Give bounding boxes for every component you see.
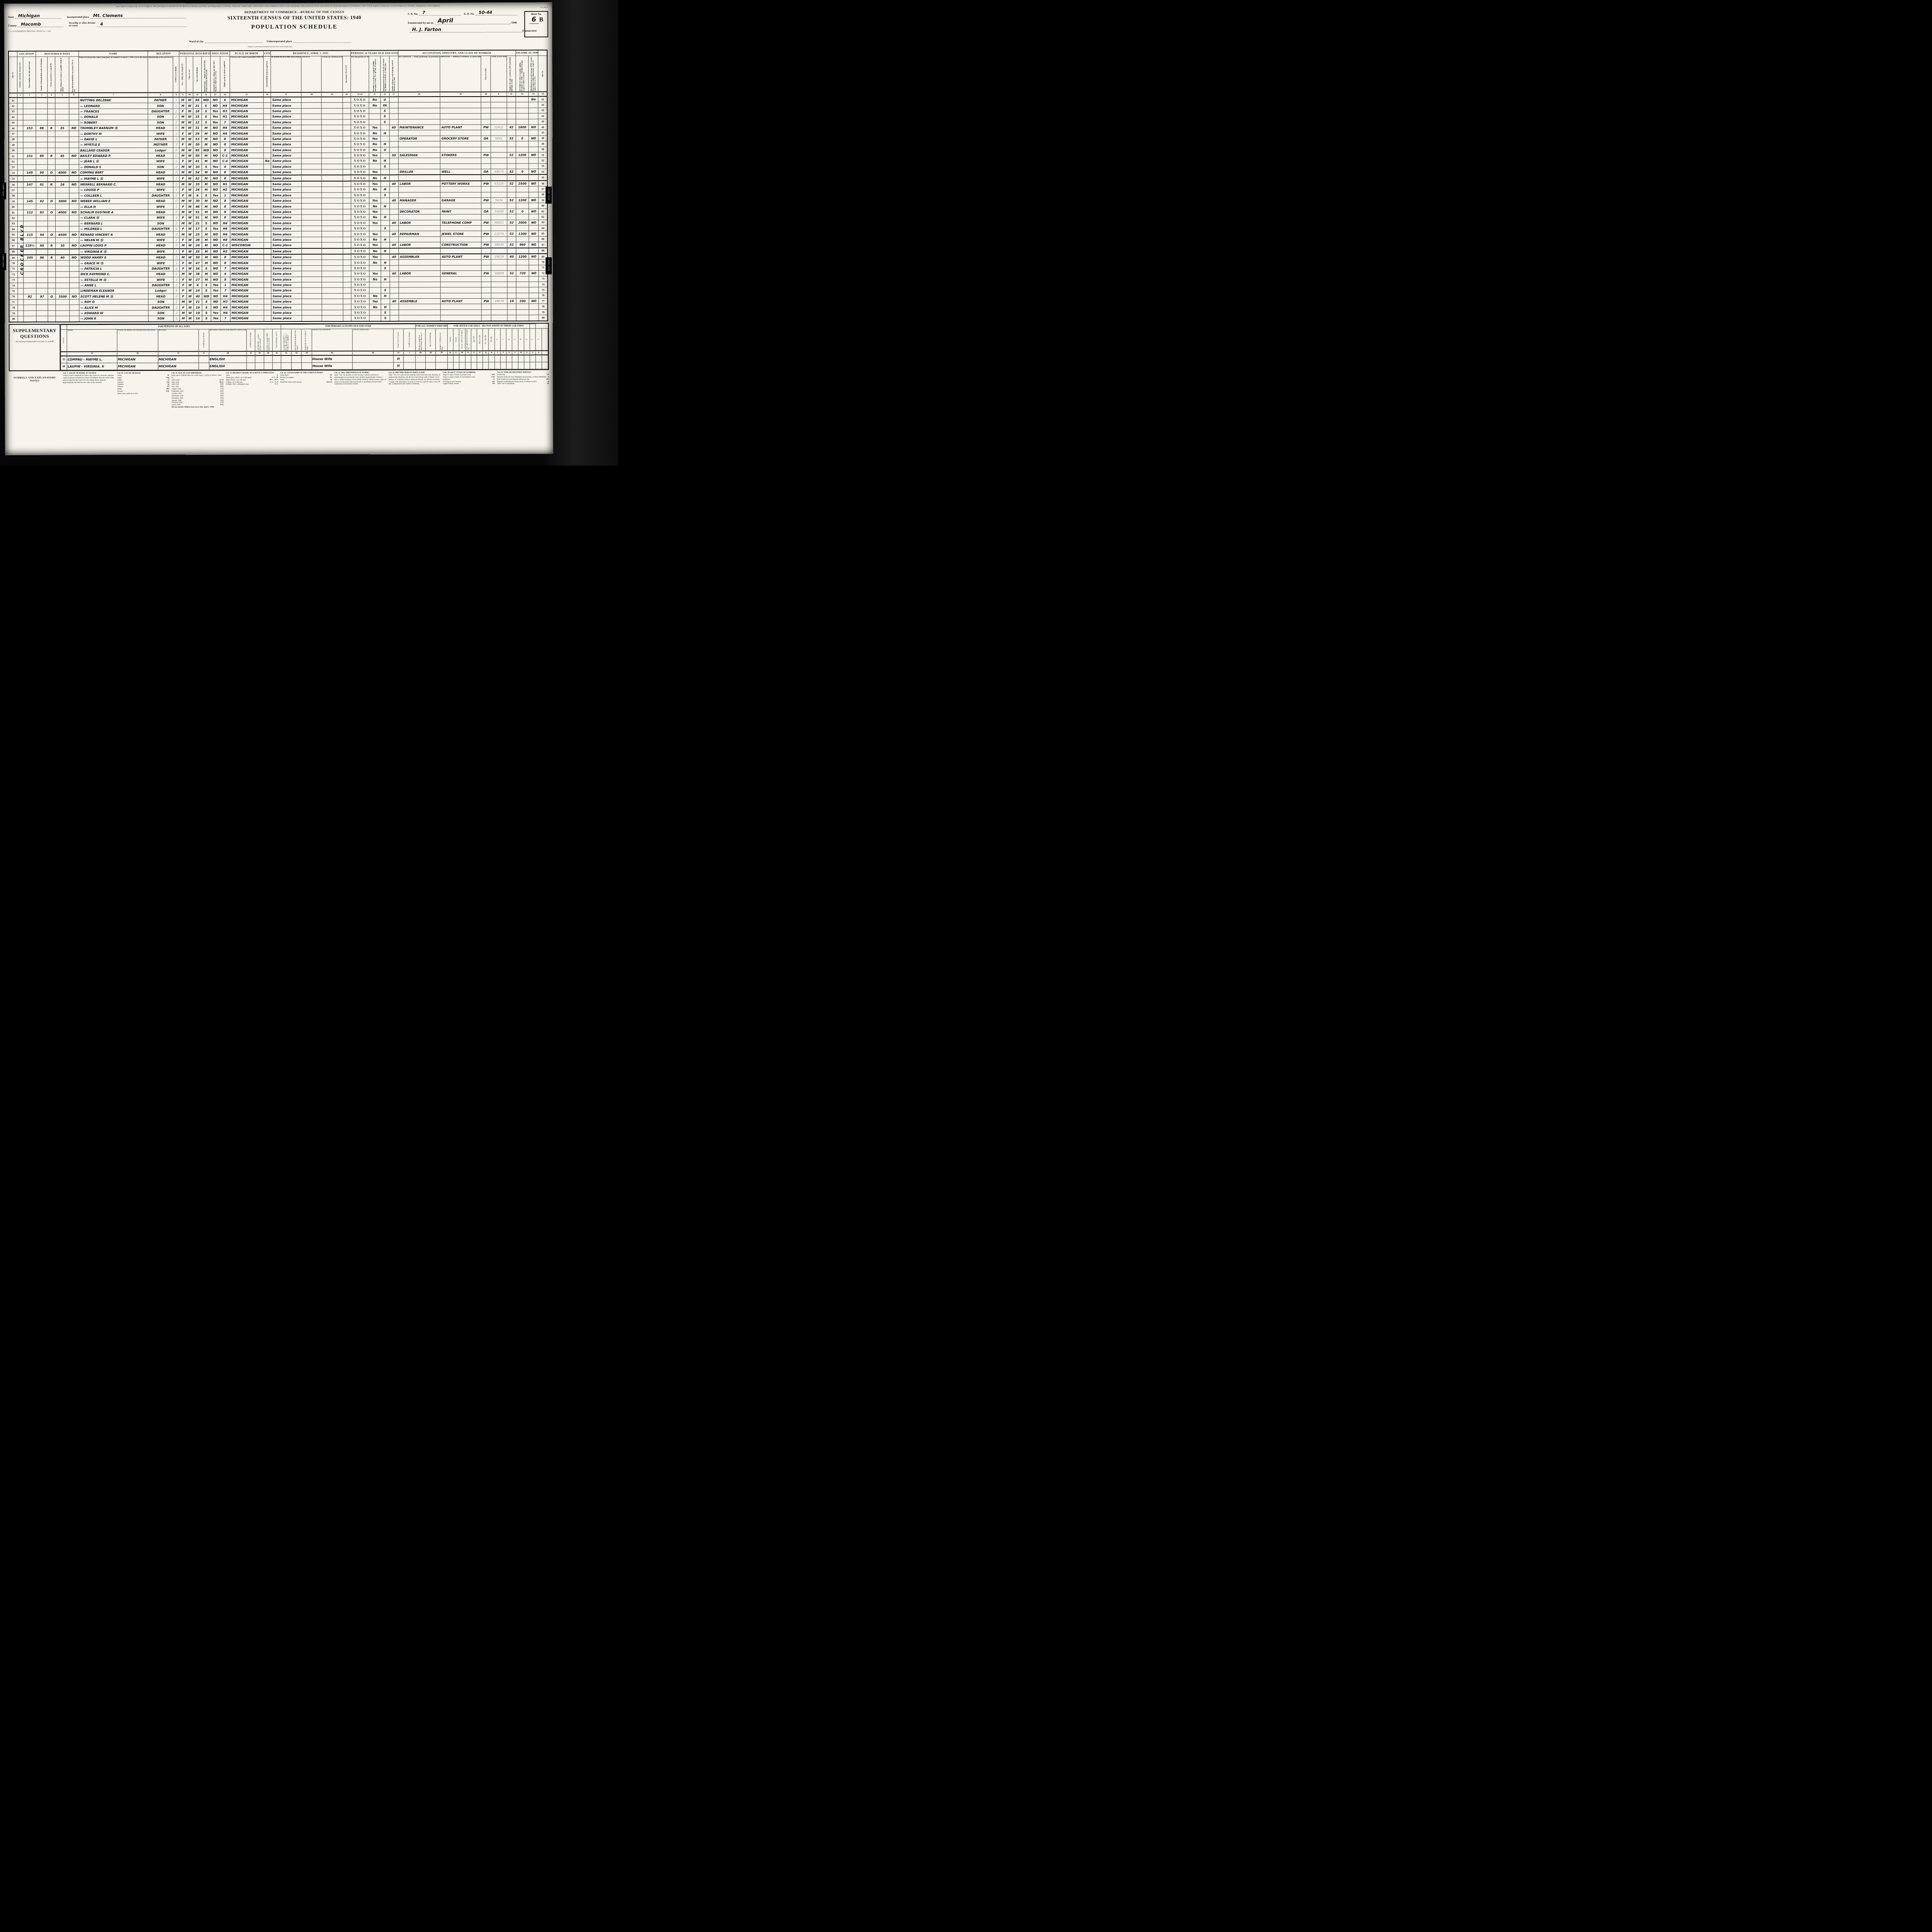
cell-inc xyxy=(529,130,538,135)
cell-wks xyxy=(507,147,516,152)
cell-ct xyxy=(264,310,271,315)
cell-cnty xyxy=(302,226,322,231)
cell-cl: W xyxy=(187,299,194,304)
cell-wk: No xyxy=(369,214,381,220)
cell-val: 4000 xyxy=(56,170,69,176)
cell-ct xyxy=(264,147,271,153)
cell-gr: 8 xyxy=(220,198,230,204)
cell-fm xyxy=(70,299,79,305)
cell-ln2: 63 xyxy=(539,220,548,225)
cell-ms: WD xyxy=(202,97,211,103)
cell-rc: 2 xyxy=(173,103,180,108)
supp-desc-s43: Were deductions made from wages? xyxy=(291,329,302,351)
cell-cod: 98855 xyxy=(491,220,507,225)
cell-wks: 19 xyxy=(507,298,516,304)
cell-hh: 89 xyxy=(36,153,47,159)
cell-ct xyxy=(264,198,271,204)
supp-cell-k xyxy=(447,355,453,362)
cell-res: Same place xyxy=(271,158,301,164)
cell-cnty xyxy=(301,158,321,164)
supp-group-header: FOR OFFICE USE ONLY—DO NOT WRITE IN THES… xyxy=(447,324,530,328)
uninc-note: (Name of unincorporated place having 100… xyxy=(189,46,351,48)
cell-hr: 40 xyxy=(389,231,398,236)
cell-ind xyxy=(440,304,481,310)
cell-fm: NO xyxy=(69,153,79,158)
cell-ln2: 80 xyxy=(539,315,548,321)
cell-cls: PW xyxy=(481,298,491,304)
cell-ct xyxy=(264,260,271,265)
cell-sc: NO xyxy=(211,204,220,209)
cell-cl: W xyxy=(187,277,194,282)
cell-wag: 960 xyxy=(516,242,529,248)
cell-emp: XOXO xyxy=(351,271,369,276)
cell-hn xyxy=(23,221,36,226)
cell-name: — LEONARD xyxy=(79,103,148,109)
cell-cl: W xyxy=(187,226,194,231)
cell-hr xyxy=(389,147,398,152)
supp-cell-l xyxy=(453,362,459,369)
cell-ms: M xyxy=(202,209,211,215)
enum-year: , 1940. xyxy=(510,21,517,24)
cell-name: LAUPIN LOUIS P xyxy=(79,243,148,248)
cell-bp: MICHIGAN xyxy=(230,142,264,148)
cell-ag: 14 xyxy=(194,316,202,321)
supp-number-s44: 44 xyxy=(301,351,311,355)
cell-ln2: 75 xyxy=(539,287,548,293)
cell-emp: XOXO xyxy=(351,175,369,181)
supp-number-k: K xyxy=(447,351,453,355)
cell-gr: C-4 xyxy=(220,158,230,164)
cell-fm2 xyxy=(343,287,351,293)
cell-wks xyxy=(507,130,516,136)
cell-sx: M xyxy=(180,153,187,158)
cell-rc: 1 xyxy=(173,131,180,136)
cell-cnty xyxy=(302,220,322,226)
cell-val: 26 xyxy=(56,182,69,187)
cell-st xyxy=(322,265,343,271)
cell-cls xyxy=(481,158,491,163)
cell-wks xyxy=(507,141,516,146)
cell-street xyxy=(18,277,24,282)
cell-or xyxy=(48,131,56,136)
cell-inc xyxy=(529,147,538,152)
cell-inc: NO xyxy=(529,136,538,141)
cell-rc: 1 xyxy=(173,175,180,181)
cell-ot: H xyxy=(381,293,390,299)
cell-cnty xyxy=(302,315,322,321)
cell-cod xyxy=(491,163,507,169)
cell-wks xyxy=(507,310,516,315)
cell-cnty xyxy=(302,299,322,304)
state-label: State xyxy=(8,15,14,19)
cell-hr xyxy=(389,203,398,209)
cell-hh xyxy=(36,97,47,103)
cell-fm2 xyxy=(343,231,351,236)
supplementary-table: FOR PERSONS OF ALL AGESFOR PERSONS 14 YE… xyxy=(61,323,548,370)
cell-hh xyxy=(36,260,48,266)
cell-or xyxy=(48,249,56,255)
cell-hh xyxy=(36,103,47,109)
cell-cl: W xyxy=(187,260,194,265)
cell-wks xyxy=(507,265,516,270)
cell-rc: 0 xyxy=(173,271,180,277)
cell-fm2 xyxy=(343,237,351,242)
cell-fm2 xyxy=(343,187,351,192)
cell-ln: 68 xyxy=(9,249,18,255)
cell-cls xyxy=(481,114,491,119)
cell-wag: 200 xyxy=(516,298,529,304)
cell-ag: 35 xyxy=(193,181,202,187)
col-desc-st: STATE (or Territory or foreign country) xyxy=(321,56,342,92)
cell-rc: 0 xyxy=(173,243,180,248)
cell-ct xyxy=(264,220,271,226)
cell-inc: NO xyxy=(529,254,539,260)
cell-sx: M xyxy=(180,181,187,187)
col-desc-res: IN WHAT PLACE DID THIS PERSON LIVE ON AP… xyxy=(271,56,301,92)
col-number-hr: 27 xyxy=(389,92,398,97)
cell-inc xyxy=(529,175,539,180)
cell-cnty xyxy=(302,214,322,220)
cell-cls: PW xyxy=(481,270,491,276)
cell-ind xyxy=(440,265,481,271)
cell-or xyxy=(48,193,56,198)
cell-ln2: 47 xyxy=(538,130,547,135)
cell-ln: 48 xyxy=(9,137,17,142)
cell-val xyxy=(56,316,69,322)
cell-sc: Yes xyxy=(211,114,220,119)
cell-ot: H xyxy=(381,130,389,136)
cell-hh xyxy=(36,148,47,153)
cell-inc xyxy=(529,287,539,293)
cell-occ xyxy=(398,282,440,288)
cell-res: Same place xyxy=(271,136,301,142)
supp-cell-w xyxy=(518,355,524,362)
cell-ms: M xyxy=(202,243,211,248)
cell-inc: NO xyxy=(529,169,538,175)
cell-res: Same place xyxy=(271,169,301,175)
cell-rc: 0 xyxy=(173,181,180,187)
cell-ot xyxy=(381,271,389,276)
cell-fm2 xyxy=(343,175,351,181)
cell-wks xyxy=(507,282,516,287)
cell-ag: 10 xyxy=(193,164,202,170)
cell-ct xyxy=(264,204,271,209)
cell-cnty xyxy=(302,242,322,248)
cell-occ xyxy=(398,260,440,265)
group-header: CITIZENSHIP xyxy=(264,51,271,56)
col-number-val: 5 xyxy=(55,93,69,97)
cell-ct xyxy=(264,316,271,321)
supp-number-fa: 36 xyxy=(117,351,158,355)
cell-val xyxy=(56,283,69,288)
cell-sc: Yes xyxy=(211,288,221,293)
cell-hh: 93 xyxy=(36,210,48,215)
supp-number-p: P xyxy=(477,351,483,355)
supp-cell-s42 xyxy=(281,362,291,369)
cell-occ xyxy=(398,287,440,293)
cell-or xyxy=(48,136,56,142)
cell-ct xyxy=(264,215,271,220)
cell-wks xyxy=(507,119,516,124)
cell-cl: W xyxy=(186,187,193,192)
cell-rc: 1 xyxy=(173,187,180,192)
cell-emp: XOXO xyxy=(351,242,369,248)
cell-res: Same place xyxy=(271,288,302,294)
cell-fm2 xyxy=(343,125,351,130)
supp-cell-s42 xyxy=(281,355,291,363)
cell-street xyxy=(18,187,24,193)
cell-hr xyxy=(389,97,398,102)
cell-wag xyxy=(516,158,529,163)
cell-ot xyxy=(381,220,389,225)
cell-emp: XOXO xyxy=(351,136,369,141)
cell-rc: 0 xyxy=(173,294,180,299)
cell-hh xyxy=(36,299,48,305)
col-desc-hn: House number (in cities and towns) xyxy=(23,57,36,93)
cell-hn xyxy=(24,277,36,282)
cell-cl: W xyxy=(187,288,194,293)
cell-ct: Na xyxy=(264,158,271,164)
cell-sx: M xyxy=(180,310,187,316)
cell-or: O xyxy=(48,170,56,176)
cell-hr xyxy=(389,237,398,242)
cell-inc xyxy=(529,203,539,209)
cell-res: Same place xyxy=(271,231,302,237)
cell-cod xyxy=(491,214,507,219)
cell-sx: F xyxy=(180,277,187,282)
note-title: Col. 14. HIGHEST GRADE OF SCHOOL COMPLET… xyxy=(226,372,277,375)
cell-sx: F xyxy=(180,226,187,231)
cell-ct xyxy=(264,277,271,282)
cell-ln: 42 xyxy=(9,103,17,109)
cell-ind xyxy=(440,192,481,198)
cell-st xyxy=(322,271,343,277)
supp-cell-u xyxy=(506,355,512,362)
ed-label: E. D. No. xyxy=(464,12,474,15)
cell-wk: Yes xyxy=(369,254,381,260)
cell-sc: NO xyxy=(211,248,220,254)
cell-wag xyxy=(516,214,529,219)
cell-occ xyxy=(398,102,440,108)
supp-desc-q: Gr. com. (B) xyxy=(483,328,488,351)
cell-rc: 0 xyxy=(173,170,180,175)
cell-ot: H xyxy=(381,237,389,242)
cell-bp: MICHIGAN xyxy=(230,108,264,114)
cell-fm xyxy=(69,249,79,255)
cell-fm2 xyxy=(343,277,351,282)
cell-or xyxy=(47,109,55,114)
cell-cl: W xyxy=(186,136,193,142)
cell-hr: 40 xyxy=(389,242,398,248)
cell-rc: 0 xyxy=(173,209,180,215)
cell-name: NUTTING DELZENE xyxy=(79,97,148,103)
cell-emp: XOXO xyxy=(351,169,369,175)
cell-gr: 1 xyxy=(220,192,230,198)
cell-rc: 1 xyxy=(173,248,180,254)
cell-rc: 2 xyxy=(173,266,180,271)
cell-or xyxy=(48,288,56,294)
cell-st xyxy=(322,277,343,282)
cell-sx: M xyxy=(180,316,187,321)
cell-ct xyxy=(264,248,271,254)
cell-ot xyxy=(381,136,389,141)
cell-hn xyxy=(23,165,36,170)
cell-hr: 40 xyxy=(389,271,398,276)
col-desc-cl: Color or race xyxy=(186,56,193,93)
cell-wag xyxy=(516,304,529,310)
cell-cnty xyxy=(301,114,321,119)
schedule-title: POPULATION SCHEDULE xyxy=(192,24,397,31)
cell-gr: 8 xyxy=(220,204,230,209)
supp-desc-z: Z xyxy=(536,328,541,351)
group-header: PERSONAL DESCRIPTION xyxy=(179,51,210,56)
cell-or xyxy=(48,237,56,243)
cell-occ xyxy=(398,276,440,282)
cell-ag: 41 xyxy=(193,158,202,164)
cell-hn xyxy=(24,266,36,272)
cell-name: — HELEN M Ⓡ xyxy=(79,237,148,243)
cell-wag: 720 xyxy=(516,270,529,276)
cell-hr xyxy=(389,209,398,214)
cell-sx: M xyxy=(180,209,187,215)
cell-bp: MICHIGAN xyxy=(230,271,264,277)
cell-st xyxy=(322,220,343,226)
supp-desc-t: T xyxy=(500,328,506,351)
cell-cl: W xyxy=(186,97,193,103)
cell-hh xyxy=(36,159,47,164)
cell-cnty xyxy=(301,103,321,108)
cell-or: R xyxy=(48,182,56,187)
cell-fm xyxy=(70,260,79,266)
cell-st xyxy=(322,164,343,170)
supp-number-h: H xyxy=(247,351,255,355)
cell-ot: H xyxy=(381,175,389,181)
cell-cls xyxy=(481,141,491,146)
cell-wk: Yes xyxy=(369,125,380,130)
cell-cls xyxy=(481,248,491,253)
cell-ind: POTTERY WORKS xyxy=(440,181,481,187)
cell-fm2 xyxy=(343,158,351,163)
cell-ct xyxy=(264,108,271,114)
cell-ot: S xyxy=(381,164,389,169)
cell-hn xyxy=(24,249,36,255)
cell-ln: 77 xyxy=(9,299,18,305)
cell-wks xyxy=(507,293,516,298)
cell-sx: M xyxy=(179,114,186,119)
cell-val xyxy=(55,148,69,153)
col-number-cnty: 18 xyxy=(301,92,321,97)
cell-rel: DAUGHTER xyxy=(148,193,173,199)
supp-number-v: V xyxy=(512,350,518,355)
supp-cell-x xyxy=(524,355,530,362)
cell-street xyxy=(18,294,24,299)
cell-ms: S xyxy=(202,282,211,288)
cell-res: Same place xyxy=(271,108,301,114)
cell-st xyxy=(321,103,342,109)
cell-ot: S xyxy=(381,192,389,198)
cell-rc: 2 xyxy=(173,114,180,119)
cell-sc: Yes xyxy=(211,282,221,288)
supp-cell-q xyxy=(483,362,488,369)
cell-name: — VIRGINIA K Ⓡ xyxy=(79,248,148,255)
cell-cl: W xyxy=(187,237,194,243)
cell-wag: 0 xyxy=(516,209,529,214)
cell-sc: Yes xyxy=(211,164,220,170)
col-number-hn: 2 xyxy=(23,93,36,97)
cell-ln2: 77 xyxy=(539,298,548,304)
gpo-line: U. S. GOVERNMENT PRINTING OFFICE 16—7936 xyxy=(8,31,186,33)
cell-wk: No xyxy=(369,175,381,181)
cell-ln: 43 xyxy=(9,109,17,114)
cell-fm: NO xyxy=(70,294,79,299)
cell-sc: NO xyxy=(211,277,220,282)
cell-gr: 8 xyxy=(220,142,230,147)
cell-ag: 14 xyxy=(194,288,202,293)
cell-name: — JOHN R xyxy=(79,316,148,321)
supp-number-nm: 35 xyxy=(67,352,117,356)
cell-ln: 50 xyxy=(9,148,18,153)
cell-fm2 xyxy=(343,226,351,231)
cell-wk: Yes xyxy=(369,209,381,214)
cell-ag: 26 xyxy=(193,187,202,192)
cell-occ: MAINTENANCE xyxy=(398,125,440,131)
supp-cell-nm: COMPAU - MAYME L. xyxy=(67,356,117,363)
col-desc-sx: Sex — Male (M), Female (F) xyxy=(179,56,186,93)
cell-fm xyxy=(69,164,79,170)
cell-fm xyxy=(69,187,79,193)
cell-wk xyxy=(369,114,380,119)
cell-ms: S xyxy=(202,310,211,316)
cell-fm xyxy=(69,221,79,226)
cell-inc xyxy=(529,304,539,310)
cell-ln2: 65 xyxy=(539,231,548,236)
cell-ln2: 64 xyxy=(539,225,548,231)
cell-occ: OPERATOR xyxy=(398,136,440,141)
supp-cell-z xyxy=(536,355,541,362)
cell-street xyxy=(18,311,24,316)
cell-inc xyxy=(529,192,539,197)
cell-cod: 34049 xyxy=(491,209,507,214)
supp-subtitle: For Persons Enumerated on Lines 55 and 6… xyxy=(10,340,60,343)
cell-emp: XOXO xyxy=(350,108,369,114)
cell-rc: 1 xyxy=(173,260,180,265)
supp-title-1: SUPPLEMENTARY xyxy=(10,328,60,333)
cell-ln: 46 xyxy=(9,126,17,131)
cell-ag: 51 xyxy=(193,215,202,220)
supp-desc-k: Ten (4) xyxy=(447,328,453,351)
cell-ct xyxy=(264,131,271,136)
cell-hr xyxy=(389,260,398,265)
cell-rc: 0 xyxy=(173,153,180,158)
cell-ln2: 73 xyxy=(539,276,548,282)
cell-gr: 8 xyxy=(220,215,230,220)
cell-gr: H4 xyxy=(220,231,230,237)
cell-hn xyxy=(23,131,36,136)
cell-sc: NO xyxy=(211,170,220,175)
supp-cell-g xyxy=(199,355,209,363)
cell-rc: 2 xyxy=(173,299,180,304)
cell-ind xyxy=(440,248,481,254)
cell-hn xyxy=(23,97,36,103)
cell-wag xyxy=(516,315,529,321)
cell-cls xyxy=(481,147,491,152)
cell-emp: XOXO xyxy=(351,287,369,293)
cell-st xyxy=(322,237,343,243)
cell-res: Same place xyxy=(271,316,302,321)
cell-wag: 1200 xyxy=(516,197,529,203)
cell-fm xyxy=(69,193,79,198)
cell-cls xyxy=(481,130,491,136)
